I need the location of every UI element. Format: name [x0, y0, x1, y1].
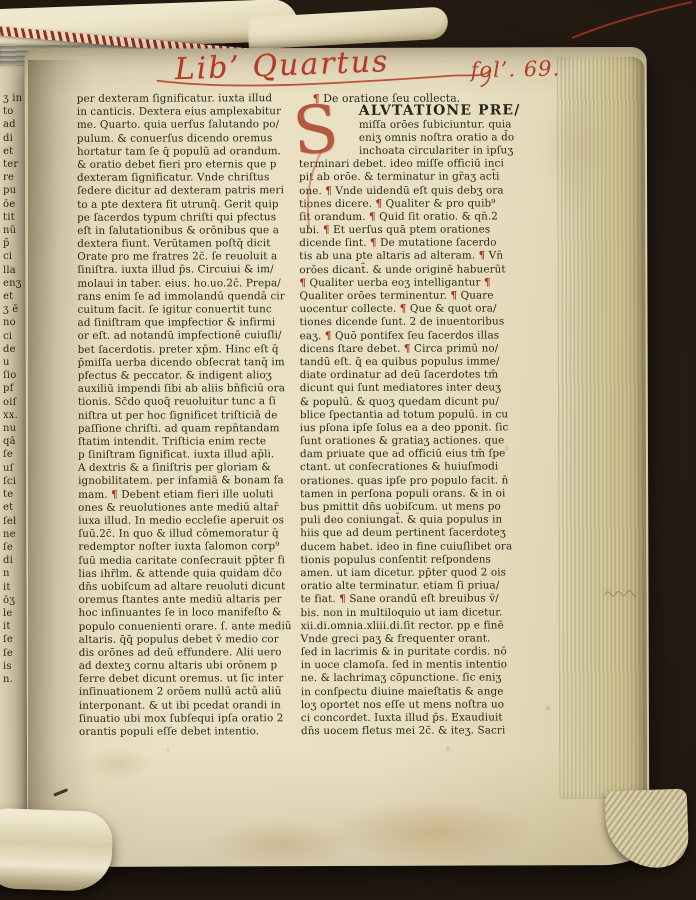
pilcrow-rubric: ¶ — [479, 250, 486, 262]
text-line: tionis populus conſentit reſpondens — [300, 553, 534, 567]
text-line: bus pmittit dn̄s uobiſcum. ut mens po — [300, 500, 534, 514]
text-line: one. ¶ Vnde uidendū eſt quis debʒ ora — [299, 184, 533, 198]
text-line: lias ihr̄lm. & attende quia quidam dc̄o — [78, 567, 298, 581]
paper-specks — [25, 49, 27, 51]
text-line: tiones dicere. ¶ Qualiter & pro quib⁹ — [299, 197, 533, 211]
text-line: & oratio debet fieri pro eternis que p — [77, 158, 297, 172]
text-line: pf — [3, 382, 22, 395]
pilcrow-rubric: ¶ — [484, 276, 491, 288]
text-line: dextera fiunt. Verūtamen poſtq̄ dicit — [77, 237, 297, 251]
text-line: ne. & lachrimaʒ cōpunctione. ſic eniʒ — [301, 672, 535, 686]
book-photo: ʒ intoaddietterrepuōetitnūp̄cillaenʒetʒ … — [0, 0, 696, 900]
text-line: orantis populi eſſe debet intentio. — [79, 725, 299, 739]
pilcrow-rubric: ¶ — [404, 343, 411, 355]
text-line: paſſione chriſti. ad quam repn̄tandam — [78, 422, 298, 436]
text-line: ſel — [3, 515, 22, 528]
text-line: ad dexteʒ cornu altaris ubi orōnem p — [79, 659, 299, 673]
text-line: oratio alte terminatur. etiam ſi priua/ — [300, 579, 534, 593]
text-line: et — [3, 145, 22, 158]
text-line: is — [3, 660, 22, 673]
text-line: rans enim ſe ad immolandū quendā cir — [77, 290, 297, 304]
text-line: p̄miſſa uerba dicendo obſecrat tanq̄ im — [78, 356, 298, 370]
text-line: pe ſacerdos typum chriſti qui pfectus — [77, 211, 297, 225]
text-line: n — [3, 567, 22, 580]
text-line: hoc inſinuantes ſe in loco manifeſto & — [79, 606, 299, 620]
text-line: uocentur collecte. ¶ Que & quot ora/ — [299, 303, 533, 317]
facing-page-text-fragments: ʒ intoaddietterrepuōetitnūp̄cillaenʒetʒ … — [3, 92, 22, 686]
text-line: interponant. & ut ibi pcedat orandi in — [79, 699, 299, 713]
text-line: enʒ — [3, 277, 22, 290]
text-line: ſit orandum. ¶ Quid ſit oratio. & qn̄.2 — [299, 210, 533, 224]
text-line: re — [3, 171, 22, 184]
text-line: Orate pro me fratres 2c̄. ſe reuoluit a — [77, 250, 297, 264]
ink-mark — [53, 788, 68, 796]
pilcrow-rubric: ¶ — [323, 224, 330, 236]
text-line: dn̄s uobiſcum ad altare reuoluti dicunt — [78, 580, 298, 594]
text-line: qā — [3, 435, 22, 448]
pilcrow-rubric: ¶ — [325, 330, 332, 342]
drop-cap-block: S ALVTATIONE PRE/miſſa orōes ſubiciuntur… — [299, 105, 533, 159]
text-line: ſe — [3, 633, 22, 646]
text-line: ius pſona ipſe ſolus ea a deo pponit. ſi… — [300, 421, 534, 435]
text-line: hortatur tam ſe q̄ populū ad orandum. — [77, 145, 297, 159]
text-line: tionis. Sc̄do quoq̄ reuoluitur tunc a ſi — [78, 395, 298, 409]
text-line: ignobilitatem. per infamiā & bonam fa — [78, 475, 298, 489]
pilcrow-rubric: ¶ — [325, 185, 332, 197]
parchment-bottom-roll — [0, 808, 113, 892]
text-line: ſio — [3, 369, 22, 382]
text-line: altaris. q̄q̄ populus debet v̄ medio cor — [79, 633, 299, 647]
text-line: orōes dicant̄. & unde originē habuerūt — [299, 263, 533, 277]
text-line: ſe — [3, 448, 22, 461]
right-text-column: ¶ De oratione ſeu collecta. S ALVTATIONE… — [299, 91, 535, 738]
text-line: ſe — [3, 647, 22, 660]
text-line: ter — [3, 158, 22, 171]
text-line: molaui in taber. eius. ho.uo.2c̄. Prepa/ — [77, 277, 297, 291]
text-line: ʒ ē — [3, 303, 22, 316]
text-line: niſtra ut per hoc ſignificet triſticiā d… — [78, 409, 298, 423]
text-line: ones & reuolutiones ante mediū altar̄ — [78, 501, 298, 515]
text-line: dexteram ſignificatur. Vnde chriſtus — [77, 171, 297, 185]
pilcrow-rubric: ¶ — [111, 488, 118, 500]
text-line: pit ab orōe. & terminatur in gr̄aʒ act̄i — [299, 171, 533, 185]
text-line: ctant. ut conſecrationes & huiuſmodi — [300, 461, 534, 475]
text-line: hiis que ad deum pertinent ſacerdoteʒ — [300, 527, 534, 541]
text-line: dis orōnes ad deū effundere. Alii uero — [79, 646, 299, 660]
text-line: de — [3, 343, 22, 356]
text-line: to — [3, 105, 22, 118]
text-line: ʒ in — [3, 92, 22, 105]
text-line: tiones dicende ſunt. 2 de inuentoribus — [300, 316, 534, 330]
pilcrow-rubric: ¶ — [339, 593, 346, 605]
text-line: puli deo coniungat̄. & quia populus in — [300, 514, 534, 528]
right-column-lines: terminari debet. ideo miſſe officiū inci… — [299, 157, 535, 738]
text-line: uſ — [3, 462, 22, 475]
text-line: pu — [3, 184, 22, 197]
text-line: eaʒ. ¶ Quō pontifex ſeu ſacerdos illas — [300, 329, 534, 343]
text-line: te fiat. ¶ Sane orandū eſt breuibus v̄/ — [300, 593, 534, 607]
text-line: dicens ſtare debet. ¶ Circa primū no/ — [300, 342, 534, 356]
text-line: no — [3, 316, 22, 329]
text-line: p ſiniſtram ſignificat. iuxta illud ap̄l… — [78, 448, 298, 462]
text-line: mam. ¶ Debent etiam fieri ille uoluti — [78, 488, 298, 502]
text-line: in canticis. Dextera eius amplexabitur — [77, 105, 297, 119]
text-line: di — [3, 554, 22, 567]
text-line: pfectus & peccator. & indigent alioʒ — [78, 369, 298, 383]
text-line: u — [3, 356, 22, 369]
text-line: Qualiter orōes terminentur. ¶ Quare — [299, 289, 533, 303]
text-line: le — [3, 607, 22, 620]
text-line: amen. ut iam dicetur. pp̄ter quod 2 ois — [300, 566, 534, 580]
text-line: ſiniſtra. iuxta illud p̄s. Circuiui & im… — [77, 264, 297, 278]
text-line: blice ſpectantia ad totum populū. in cu — [300, 408, 534, 422]
text-line: ſedere dicitur ad dexteram patris meri — [77, 184, 297, 198]
text-line: dn̄s uocem fletus mei 2c̄. & iteʒ. Sacri — [301, 725, 535, 739]
left-text-column: per dexteram ſignificatur. iuxta illudin… — [77, 92, 299, 739]
text-line: tamen in perſona populi orans. & in oi — [300, 487, 534, 501]
fore-edge-pages — [557, 57, 648, 799]
text-line: ſe — [3, 541, 22, 554]
marginal-annotation-icon — [602, 585, 638, 601]
text-line: cuitum facit. ſe igitur conuertit tunc — [77, 303, 297, 317]
text-line: ad — [3, 118, 22, 131]
text-line: ſci — [3, 475, 22, 488]
text-line: nū — [3, 224, 22, 237]
foxing-stain — [83, 747, 153, 781]
text-line: Vnde greci paʒ & frequenter orant. — [301, 632, 535, 646]
text-line: te — [3, 488, 22, 501]
text-line: ci — [3, 330, 22, 343]
pilcrow-rubric: ¶ — [370, 237, 377, 249]
text-line: ubi. ¶ Et uerſus quā ptem orationes — [299, 223, 533, 237]
running-title: Lib’ Quartus — [174, 47, 390, 87]
text-line: diate ordinatur ad deū ſacerdotes tm̄ — [300, 368, 534, 382]
text-line: populo conuenienti orare. ſ. ante mediū — [79, 620, 299, 634]
text-line: ci concordet. Iuxta illud p̄s. Exaudiuit — [301, 711, 535, 725]
text-line: iuxa illud. In medio eccleſie aperuit os — [78, 514, 298, 528]
text-line: ſed in lacrimis & in puritate cordis. nō — [301, 645, 535, 659]
text-line: loʒ oportet nos eſſe ut mens noſtra uo — [301, 698, 535, 712]
text-line: it — [3, 620, 22, 633]
text-line: or eſt. ad notandū impfectionē cuiuſli/ — [78, 330, 298, 344]
text-line: me. Quarto. quia uerſus ſalutando po/ — [77, 119, 297, 133]
folio-number: fol’. 69. — [470, 56, 560, 82]
text-line: ſunt orationes & gratiaʒ actiones. que — [300, 434, 534, 448]
text-line: oremus ſtantes ante mediū altaris per — [78, 593, 298, 607]
text-line: di — [3, 132, 22, 145]
text-line: xii.di.omnia.xliii.di.ſit rector. pp e f… — [301, 619, 535, 633]
text-line: orationes. quas ipſe pro populo facit. n… — [300, 474, 534, 488]
text-line: dam priuate que ad officiū eius tm̄ ſpe — [300, 448, 534, 462]
text-line: pulum. & conuerſus dicendo oremus — [77, 132, 297, 146]
text-line: nu — [3, 422, 22, 435]
text-line: ¶ Qualiter uerba eoʒ intelligantur ¶ — [299, 276, 533, 290]
text-line: ōʒ — [3, 594, 22, 607]
text-line: ſuū.2c̄. In quo & illud cōmemoratur q̄ — [78, 527, 298, 541]
text-line: ſtatim intendit. Triſticia enim recte — [78, 435, 298, 449]
text-line: auxiliū impendi ſibi ab aliis bn̄ficiū o… — [78, 382, 298, 396]
pilcrow-rubric: ¶ — [376, 198, 383, 210]
text-line: et — [3, 290, 22, 303]
text-line: ferre debet dicunt oremus. ut ſic inter — [79, 672, 299, 686]
text-line: xx. — [3, 409, 22, 422]
pilcrow-rubric: ¶ — [400, 303, 407, 315]
text-line: tit — [3, 211, 22, 224]
drop-cap-initial-S: S — [291, 99, 357, 159]
foxing-stain — [205, 820, 355, 867]
pilcrow-rubric: ¶ — [450, 290, 457, 302]
text-line: ōe — [3, 198, 22, 211]
text-line: dicende ſint. ¶ De mutatione ſacerdo — [299, 237, 533, 251]
text-line: it — [3, 581, 22, 594]
pilcrow-rubric: ¶ — [299, 277, 306, 289]
pilcrow-rubric: ¶ — [369, 211, 376, 223]
text-line: ſinuatio ubi mox ſubſequi ipſa oratio 2 — [79, 712, 299, 726]
text-line: ad ſiniſtram que impfectior & infirmi — [78, 316, 298, 330]
foxing-stain — [327, 799, 537, 864]
text-line: n. — [3, 673, 22, 686]
text-line: to a pte dextera fit utrunq̄. Gerit quip — [77, 198, 297, 212]
text-line: oiſ — [3, 396, 22, 409]
text-line: ſuū media caritate conſecrauit pp̄ter fi — [78, 554, 298, 568]
text-line: per dexteram ſignificatur. iuxta illud — [77, 92, 297, 106]
text-line: in conſpectu diuine maieſtatis & ange — [301, 685, 535, 699]
text-line: ne — [3, 528, 22, 541]
red-corner-stroke-icon — [568, 0, 696, 42]
text-line: tandū eſt. q̄ ea quibus populus imme/ — [300, 355, 534, 369]
text-line: & populū. & quoʒ quedam dicunt pu/ — [300, 395, 534, 409]
text-line: bet ſacerdotis. preter xp̄m. Hinc eſt q̄ — [78, 343, 298, 357]
text-line: A dextris & a ſiniſtris per gloriam & — [78, 461, 298, 475]
text-line: inſinuationem 2 orōem nullū actū aliū — [79, 686, 299, 700]
text-line: p̄ — [3, 237, 22, 250]
text-line: ci — [3, 250, 22, 263]
text-line: bis. non in multiloquio ut iam dicetur. — [301, 606, 535, 620]
text-line: redemptor noſter iuxta ſalomon corp⁹ — [78, 541, 298, 555]
text-line: lla — [3, 264, 22, 277]
text-line: dicunt qui ſunt mediatores inter deuʒ — [300, 382, 534, 396]
text-line: eſt in ſalutationibus & orōnibus que a — [77, 224, 297, 238]
text-line: in uoce clamoſa. ſed in mentis intentio — [301, 659, 535, 673]
text-line: tis ab una pte altaris ad alteram. ¶ Vn̄ — [299, 250, 533, 264]
text-line: et — [3, 501, 22, 514]
text-line: ducem habet. ideo in fine cuiuſlibet ora — [300, 540, 534, 554]
book-page: Lib’ Quartus fol’. 69. per dexteram ſign… — [25, 47, 650, 867]
